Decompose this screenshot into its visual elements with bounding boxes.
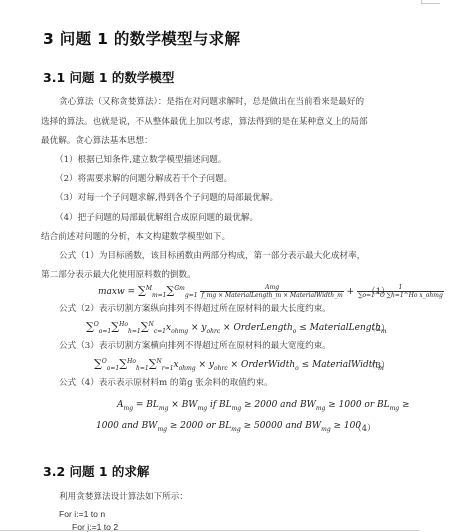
formula-4-line-2: 1000 and BWmg ≥ 2000 or BLmg ≥ 50000 and… <box>96 421 361 432</box>
formula-2: ∑Oo=1∑Hoh=1∑Nc=1xohmg × yohrc × OrderLen… <box>86 321 387 334</box>
var-bl: BL <box>146 400 159 410</box>
plus-sign: + <box>344 287 357 297</box>
sum-symbol: ∑ <box>111 320 119 333</box>
var-y-sub: ohrc <box>214 365 228 372</box>
var-bl-sub: mg <box>159 405 169 412</box>
sum-lower: c=1 <box>154 328 166 335</box>
sum-lower: h=1 <box>136 365 149 372</box>
formula4-desc: 公式（4）表示表示原材料m 的第g 张余料的取值约束。 <box>59 378 273 389</box>
times: × <box>196 360 209 370</box>
algorithm-intro: 利用贪婪算法设计算法如下所示： <box>59 492 188 503</box>
section-heading-3-2: 3.2 问题 1 的求解 <box>43 462 149 480</box>
frac-den: f_mg × MaterialLength_m × MaterialWidth_… <box>200 292 343 299</box>
var-bl-sub: mg <box>231 426 241 433</box>
chapter-heading: 3 问题 1 的数学模型与求解 <box>43 27 240 49</box>
var-y-sub: ohrc <box>206 328 220 335</box>
var-bw: BW <box>182 400 198 410</box>
formula-4-line-1: Amg = BLmg × BWmg if BLmg ≥ 2000 and BWm… <box>117 400 410 411</box>
formula-3: ∑Oo=1∑Hoh=1∑Nr=1xohmg × yohrc × OrderWid… <box>94 358 384 371</box>
condition: ≥ <box>399 400 409 410</box>
var-bw: BW <box>142 421 158 431</box>
var-bl: BL <box>219 421 232 431</box>
fraction-1: Amg f_mg × MaterialLength_m × MaterialWi… <box>200 284 343 299</box>
times: × <box>220 323 233 333</box>
var-bl-sub: mg <box>232 405 242 412</box>
document-page: 3 问题 1 的数学模型与求解 3.1 问题 1 的数学模型 贪心算法（又称贪婪… <box>0 0 450 532</box>
formula1-desc-line-1: 公式（1）为目标函数，该目标函数由两部分构成，第一部分表示最大化成材率， <box>59 251 365 262</box>
equals: = <box>133 400 146 410</box>
var-bw: BW <box>305 421 321 431</box>
var-bw-sub: mg <box>198 405 208 412</box>
times: × <box>188 323 201 333</box>
var-bw-sub: mg <box>157 426 167 433</box>
formula-1: maxw = ∑Mm=1∑Gmg=1 Amg f_mg × MaterialLe… <box>98 284 444 299</box>
sum-symbol: ∑ <box>149 357 157 370</box>
section-heading-3-1: 3.1 问题 1 的数学模型 <box>43 68 174 86</box>
frac-num-sub: mg <box>270 284 280 291</box>
order-length: OrderLength <box>233 323 292 333</box>
condition: ≥ 2000 and <box>241 400 300 410</box>
formula2-desc: 公式（2）表示切割方案纵向排列不得超过所在原材料的最大长度约束。 <box>59 304 331 315</box>
intro-line-3: 最优解。贪心算法基本思想： <box>41 136 153 147</box>
var-bl: BL <box>377 400 390 410</box>
formula-4-number: （4） <box>353 422 376 434</box>
formula3-desc: 公式（3）表示切割方案横向排列不得超过所在原材料的最大宽度约束。 <box>59 341 331 352</box>
formula-3-number: （3） <box>367 359 390 371</box>
intro-line-1: 贪心算法（又称贪婪算法）：是指在对问题求解时，总是做出在当前看来是最好的 <box>59 97 364 108</box>
sum-lower: r=1 <box>162 365 174 372</box>
sum-lower: h=1 <box>128 328 141 335</box>
var-bl: BL <box>219 400 232 410</box>
sum-lower: m=1 <box>152 292 167 299</box>
formula1-desc-line-2: 第二部分表示最大化使用原料数的倒数。 <box>41 270 196 281</box>
code-line-1: For i:=1 to n <box>59 509 105 519</box>
sum-symbol: ∑ <box>94 357 102 370</box>
order-width: OrderWidth <box>241 360 295 370</box>
var-x-sub: ohmg <box>171 328 188 335</box>
condition: ≥ 2000 or <box>167 421 219 431</box>
page-bottom-border <box>0 530 420 531</box>
sum-symbol: ∑ <box>119 357 127 370</box>
leq: ≤ <box>296 323 309 333</box>
var-bw-sub: mg <box>316 405 326 412</box>
times: × <box>168 400 181 410</box>
model-intro: 结合前述对问题的分析，本文构建数学模型如下。 <box>41 232 230 243</box>
sum-lower: o=1 <box>99 328 111 335</box>
var-x-sub: ohmg <box>179 365 196 372</box>
var-bw-sub: mg <box>321 426 331 433</box>
times: × <box>228 360 241 370</box>
sum-lower: g=1 <box>185 292 198 299</box>
var-a-sub: mg <box>124 405 134 412</box>
formula-1-number: （1） <box>367 285 390 297</box>
step-3: （3）对每一个子问题求解,得到各个子问题的局部最优解。 <box>55 193 278 204</box>
formula-1-lhs: maxw = <box>98 287 138 297</box>
leq: ≤ <box>299 360 312 370</box>
sum-symbol: ∑ <box>138 284 146 297</box>
formula-2-number: （2） <box>367 322 390 334</box>
sum-lower: o=1 <box>107 365 119 372</box>
sum-symbol: ∑ <box>141 320 149 333</box>
var-bl-sub: mg <box>390 405 400 412</box>
condition: ≥ 1000 or <box>325 400 377 410</box>
var-bw: BW <box>300 400 316 410</box>
condition: ≥ 50000 and <box>241 421 306 431</box>
sum-symbol: ∑ <box>86 320 94 333</box>
page-corner-mark <box>421 0 440 4</box>
condition: 1000 and <box>96 421 142 431</box>
keyword-if: if <box>207 400 219 410</box>
step-1: （1）根据已知条件,建立数学模型描述问题。 <box>55 155 226 166</box>
step-4: （4）把子问题的局部最优解组合成原问题的最优解。 <box>55 213 258 224</box>
step-2: （2）将需要求解的问题分解成若干个子问题。 <box>55 174 232 185</box>
intro-line-2: 选择的算法。也就是说，不从整体最优上加以考虑，算法得到的是在某种意义上的局部 <box>41 117 368 128</box>
